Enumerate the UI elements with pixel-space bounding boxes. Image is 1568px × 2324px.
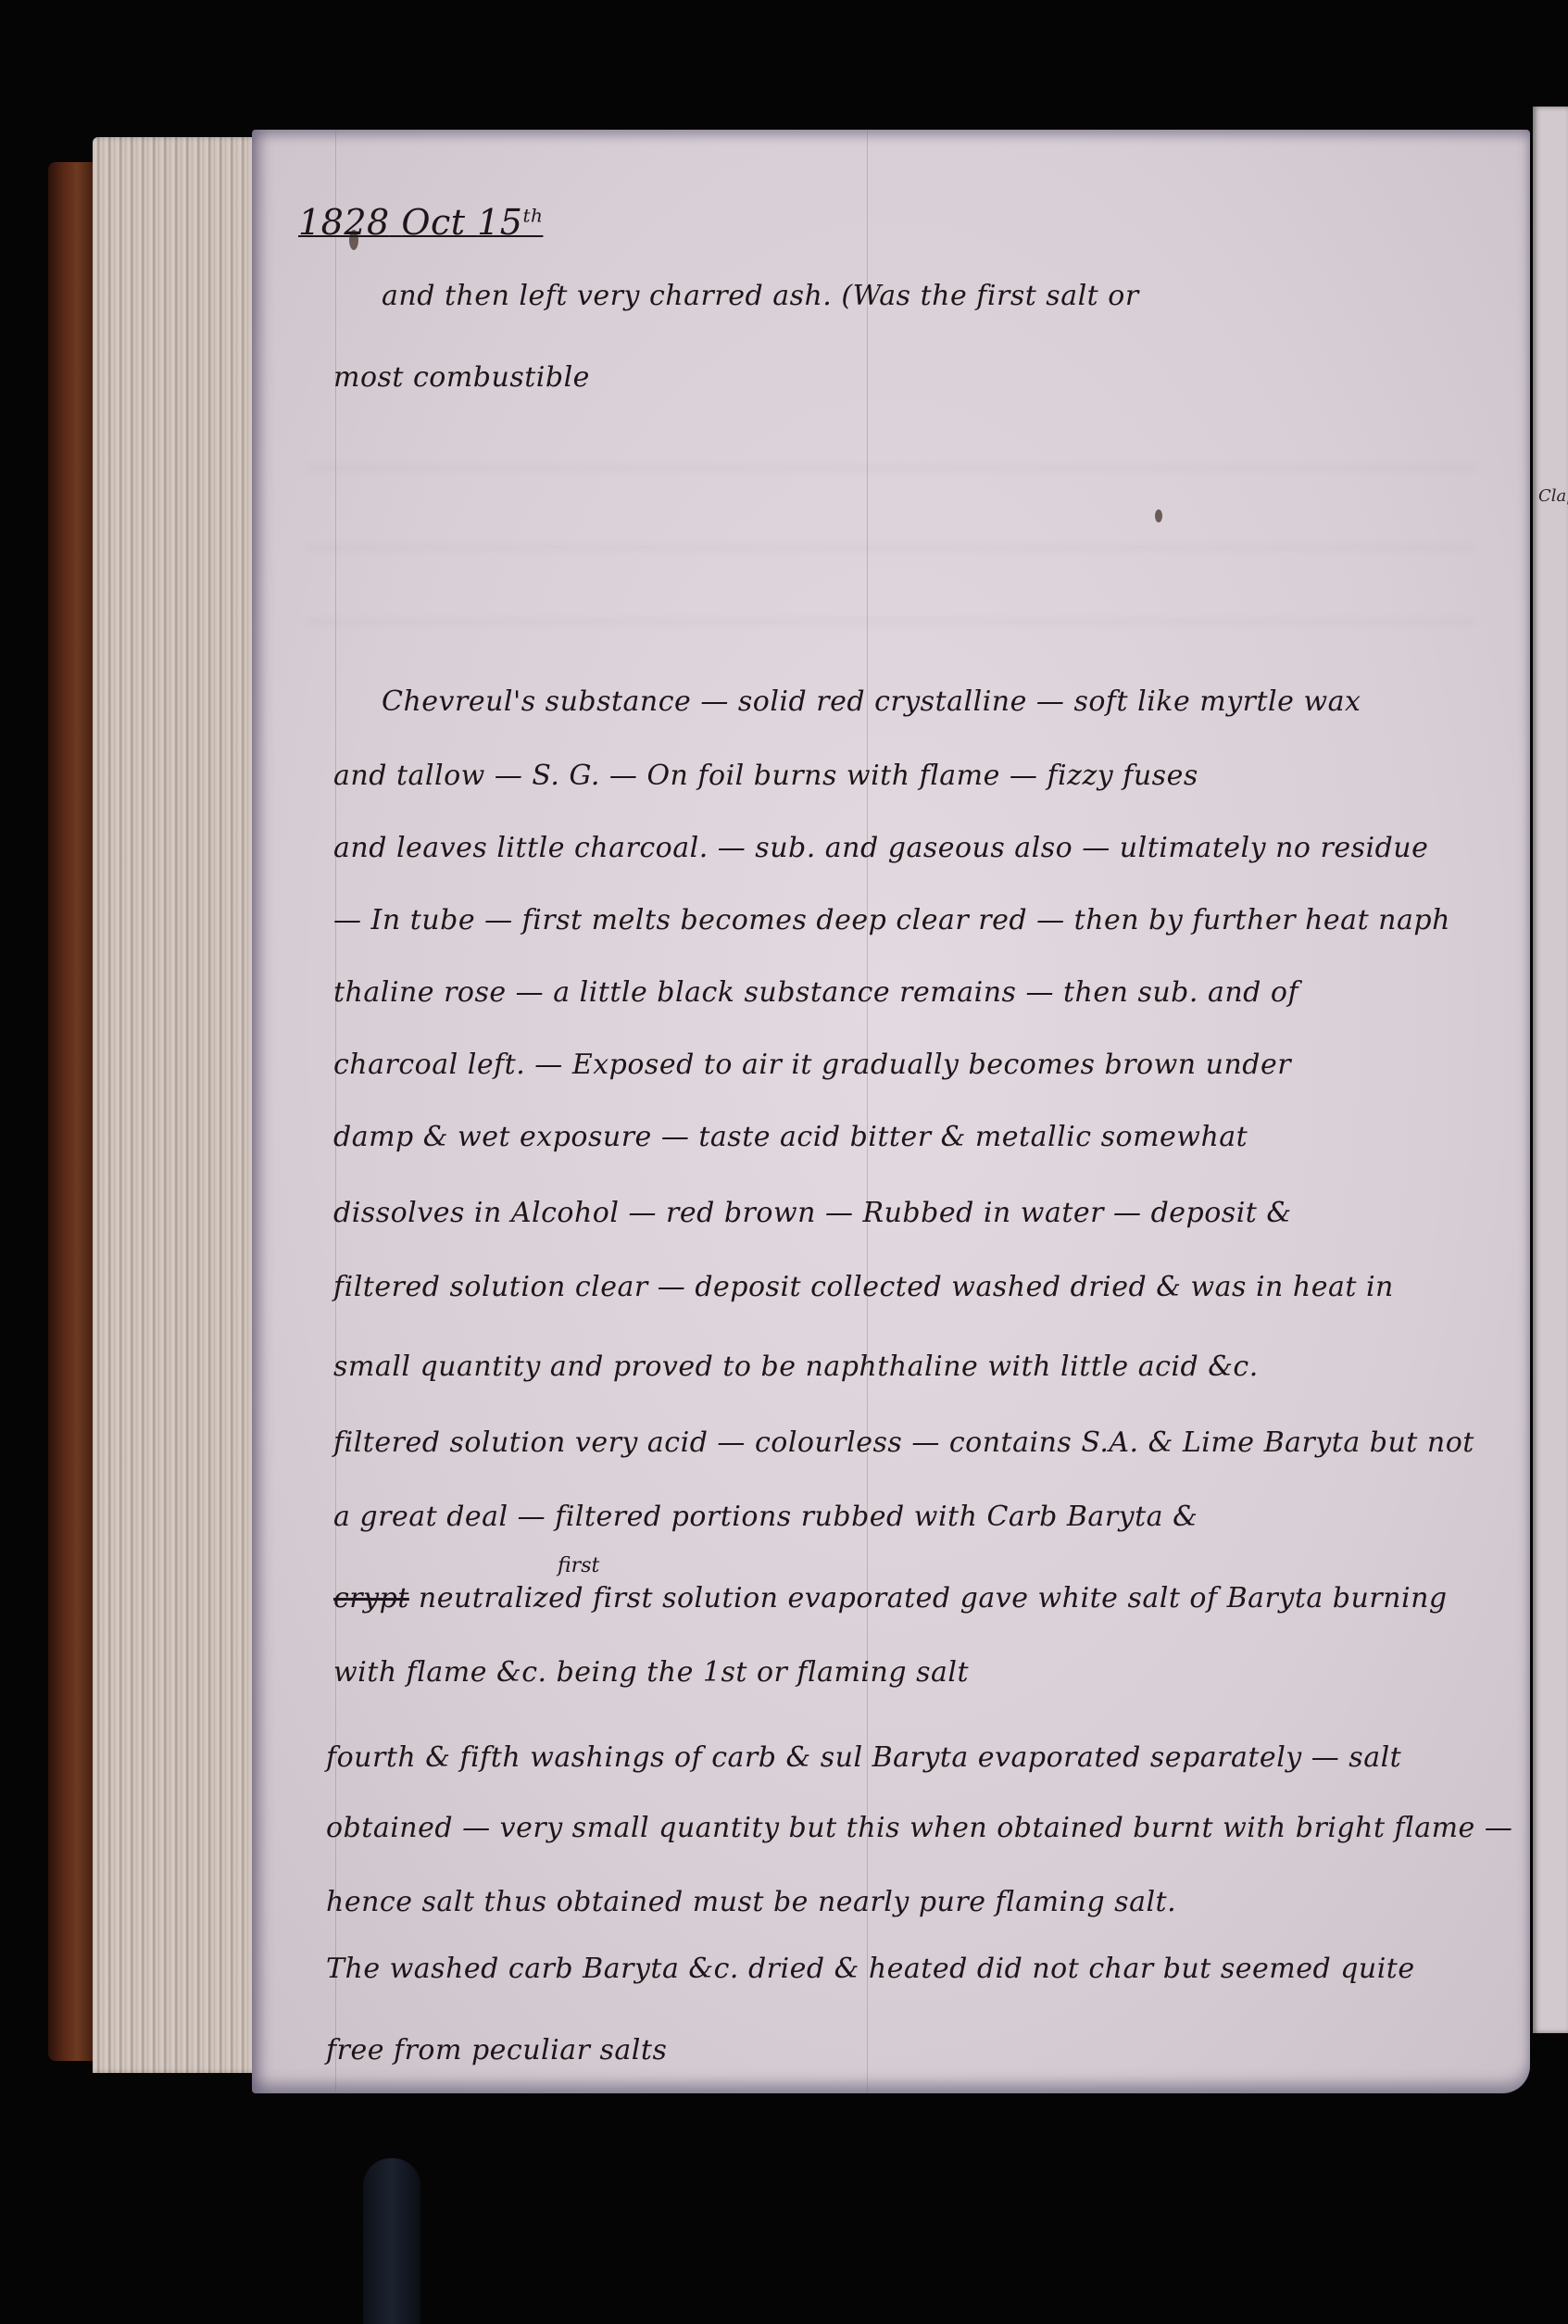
- date-heading: 1828 Oct 15th: [298, 202, 543, 243]
- text-line-14: a great deal — filtered portions rubbed …: [333, 1501, 1198, 1533]
- caret-insertion: first: [558, 1554, 599, 1577]
- bleed-through: [307, 621, 1474, 622]
- date-suffix: th: [522, 204, 543, 226]
- line-15-text: neutralized first solution evaporated ga…: [419, 1582, 1448, 1614]
- manuscript-scan: Clap 1828 Oct 15th and then left very ch…: [0, 0, 1568, 2324]
- text-line-5: and leaves little charcoal. — sub. and g…: [333, 832, 1428, 864]
- text-line-19: hence salt thus obtained must be nearly …: [326, 1886, 1176, 1918]
- date-day: 15: [477, 202, 522, 243]
- text-line-4: and tallow — S. G. — On foil burns with …: [333, 760, 1198, 792]
- ink-spot: [1155, 509, 1162, 522]
- struck-word: crypt: [333, 1582, 409, 1614]
- text-line-21: free from peculiar salts: [326, 2034, 667, 2066]
- text-line-2: most combustible: [333, 361, 590, 394]
- notebook-page: 1828 Oct 15th and then left very charred…: [252, 130, 1530, 2093]
- text-line-11: filtered solution clear — deposit collec…: [333, 1271, 1394, 1303]
- text-line-17: fourth & fifth washings of carb & sul Ba…: [326, 1741, 1401, 1774]
- text-line-6: — In tube — first melts becomes deep cle…: [333, 904, 1450, 936]
- margin-fragment: Clap: [1538, 486, 1568, 506]
- text-line-8: charcoal left. — Exposed to air it gradu…: [333, 1049, 1291, 1081]
- text-line-1: and then left very charred ash. (Was the…: [382, 280, 1139, 312]
- page-holder-finger: [363, 2158, 420, 2324]
- center-fold-rule: [867, 130, 868, 2093]
- text-line-15: crypt neutralized first solution evapora…: [333, 1582, 1448, 1614]
- margin-rule: [335, 130, 336, 2093]
- next-page-sliver: Clap: [1533, 107, 1568, 2033]
- text-line-18: obtained — very small quantity but this …: [326, 1812, 1512, 1844]
- date-month: Oct: [401, 202, 465, 243]
- text-line-12: small quantity and proved to be naphthal…: [333, 1350, 1259, 1383]
- text-line-7: thaline rose — a little black substance …: [333, 976, 1298, 1009]
- text-line-20: The washed carb Baryta &c. dried & heate…: [326, 1953, 1415, 1985]
- leather-binding: [48, 162, 96, 2061]
- text-line-16: with flame &c. being the 1st or flaming …: [333, 1656, 969, 1689]
- date-year: 1828: [298, 202, 390, 243]
- text-line-3: Chevreul's substance — solid red crystal…: [382, 685, 1361, 718]
- bleed-through: [307, 546, 1474, 548]
- text-line-10: dissolves in Alcohol — red brown — Rubbe…: [333, 1197, 1292, 1229]
- bleed-through: [307, 467, 1474, 469]
- page-edges-stack: [93, 137, 259, 2073]
- text-line-9: damp & wet exposure — taste acid bitter …: [333, 1121, 1248, 1153]
- text-line-13: filtered solution very acid — colourless…: [333, 1426, 1474, 1459]
